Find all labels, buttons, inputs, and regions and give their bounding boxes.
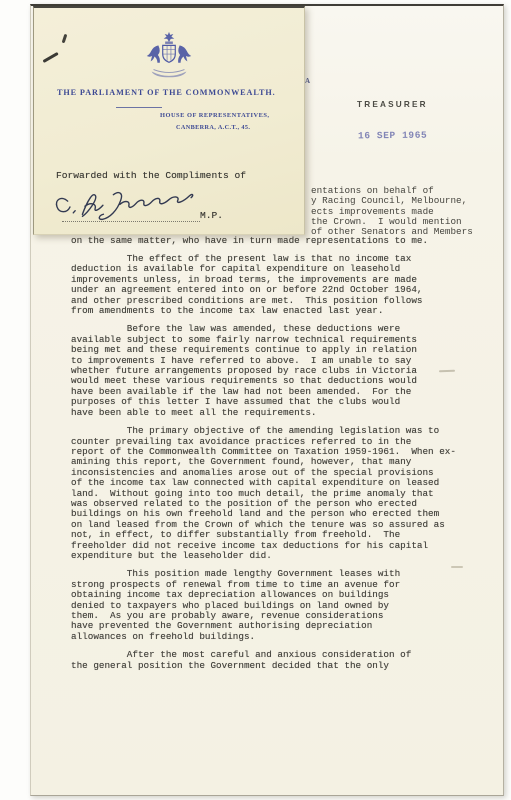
body-paragraph: The primary objective of the amending le… (71, 426, 456, 561)
date-stamp: 16 SEP 1965 (358, 130, 427, 142)
treasurer-stamp: TREASURER (357, 100, 428, 109)
scanned-letter: A TREASURER 16 SEP 1965 entations on beh… (0, 0, 511, 800)
letterhead-divider (116, 107, 162, 108)
compliments-text: Forwarded with the Compliments of (56, 170, 246, 181)
australian-coat-of-arms-icon (140, 30, 198, 82)
letterhead-fragment: A (305, 77, 310, 85)
signature-dotted-line (62, 221, 200, 222)
margin-mark (451, 566, 463, 568)
body-paragraph: Before the law was amended, these deduct… (71, 324, 456, 418)
place-line: CANBERRA, A.C.T., 45. (176, 124, 250, 131)
ink-mark-icon (62, 34, 67, 43)
obscured-text-block: entations on behalf of y Racing Council,… (311, 186, 473, 237)
signature (51, 182, 203, 230)
house-line: HOUSE OF REPRESENTATIVES, (160, 112, 270, 119)
body-paragraph: This position made lengthy Government le… (71, 569, 456, 642)
continuation-line: on the same matter, who have in turn mad… (71, 236, 428, 246)
body-paragraph: The effect of the present law is that no… (71, 254, 456, 316)
body-paragraph: After the most careful and anxious consi… (71, 650, 456, 671)
letter-body: The effect of the present law is that no… (71, 254, 456, 679)
compliments-slip: THE PARLIAMENT OF THE COMMONWEALTH. HOUS… (33, 6, 305, 235)
signature-title: M.P. (200, 210, 223, 221)
parliament-title: THE PARLIAMENT OF THE COMMONWEALTH. (57, 88, 276, 97)
ink-mark-icon (43, 52, 59, 63)
